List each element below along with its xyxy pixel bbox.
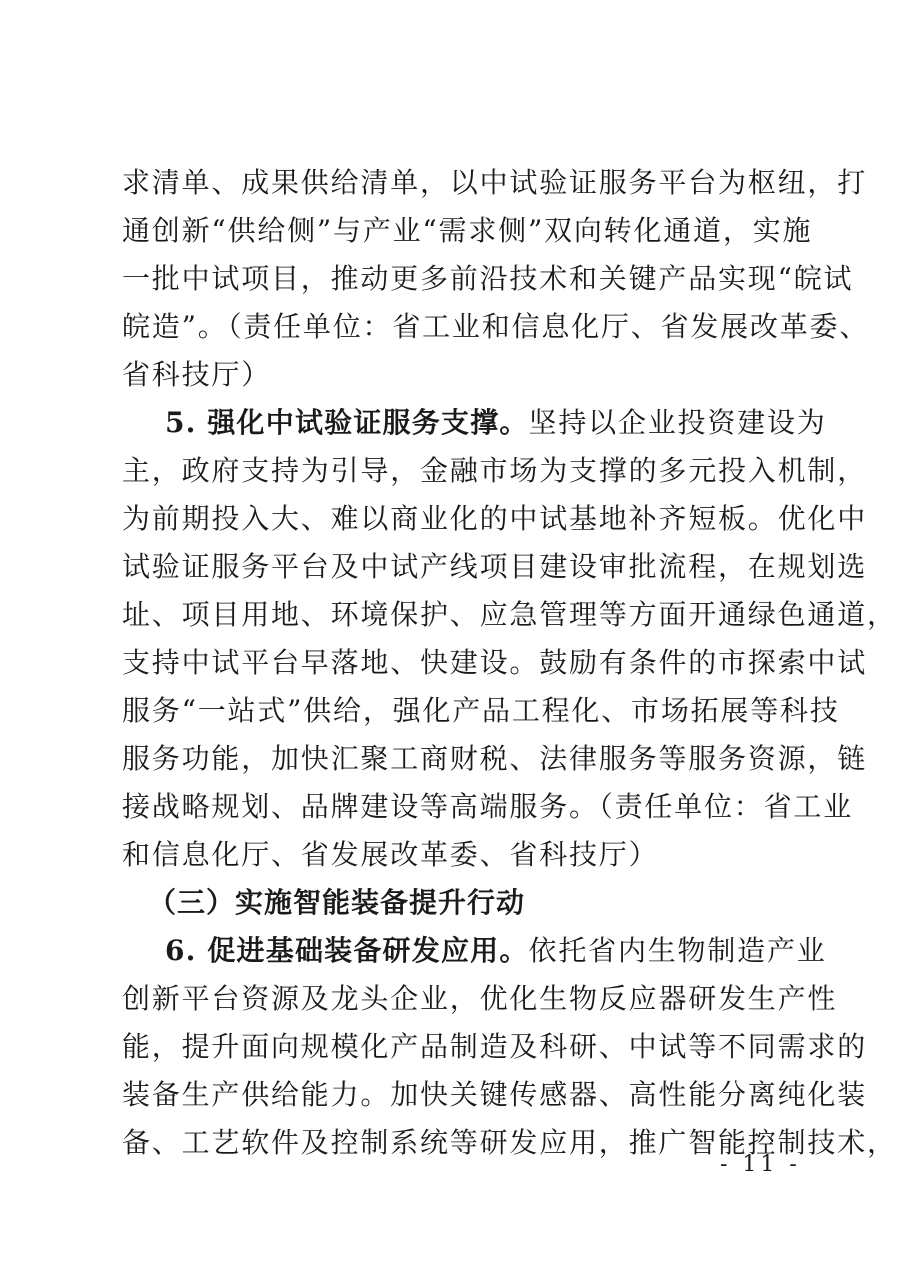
paragraph-line: 创新平台资源及龙头企业，优化生物反应器研发生产性 — [122, 979, 790, 1019]
paragraph-line: 能，提升面向规模化产品制造及科研、中试等不同需求的 — [122, 1027, 790, 1067]
item-6-title: 促进基础装备研发应用。 — [207, 934, 528, 967]
paragraph-line: 主，政府支持为引导，金融市场为支撑的多元投入机制， — [122, 451, 790, 491]
page-number: - 11 - — [720, 1150, 801, 1180]
section-heading: （三）实施智能装备提升行动 — [148, 883, 525, 923]
document-page: 求清单、成果供给清单，以中试验证服务平台为枢纽，打 通创新“供给侧”与产业“需求… — [0, 0, 900, 1272]
paragraph-line: 支持中试平台早落地、快建设。鼓励有条件的市探索中试 — [122, 643, 790, 683]
paragraph-line: 一批中试项目，推动更多前沿技术和关键产品实现“皖试 — [122, 259, 790, 299]
paragraph-line: 服务功能，加快汇聚工商财税、法律服务等服务资源，链 — [122, 739, 790, 779]
paragraph-line: 省科技厅） — [122, 355, 790, 395]
paragraph-line: 址、项目用地、环境保护、应急管理等方面开通绿色通道， — [122, 595, 790, 635]
item-5-title: 强化中试验证服务支撑。 — [207, 406, 528, 439]
item-5-number: 5. — [165, 406, 197, 439]
paragraph-line: 试验证服务平台及中试产线项目建设审批流程，在规划选 — [122, 547, 790, 587]
item-5-first-line-text: 坚持以企业投资建设为 — [529, 406, 827, 439]
paragraph-line: 和信息化厅、省发展改革委、省科技厅） — [122, 835, 790, 875]
paragraph-line: 服务“一站式”供给，强化产品工程化、市场拓展等科技 — [122, 691, 790, 731]
item-6-number: 6. — [165, 934, 197, 967]
paragraph-line: 接战略规划、品牌建设等高端服务。（责任单位：省工业 — [122, 787, 790, 827]
item-5-first-line: 5. 强化中试验证服务支撑。坚持以企业投资建设为 — [165, 403, 790, 443]
paragraph-line: 装备生产供给能力。加快关键传感器、高性能分离纯化装 — [122, 1075, 790, 1115]
paragraph-line: 皖造”。（责任单位：省工业和信息化厅、省发展改革委、 — [122, 307, 790, 347]
paragraph-line: 为前期投入大、难以商业化的中试基地补齐短板。优化中 — [122, 499, 790, 539]
paragraph-line: 求清单、成果供给清单，以中试验证服务平台为枢纽，打 — [122, 163, 790, 203]
paragraph-line: 备、工艺软件及控制系统等研发应用，推广智能控制技术， — [122, 1123, 790, 1163]
paragraph-line: 通创新“供给侧”与产业“需求侧”双向转化通道，实施 — [122, 211, 790, 251]
item-6-first-line-text: 依托省内生物制造产业 — [529, 934, 827, 967]
item-6-first-line: 6. 促进基础装备研发应用。依托省内生物制造产业 — [165, 931, 790, 971]
